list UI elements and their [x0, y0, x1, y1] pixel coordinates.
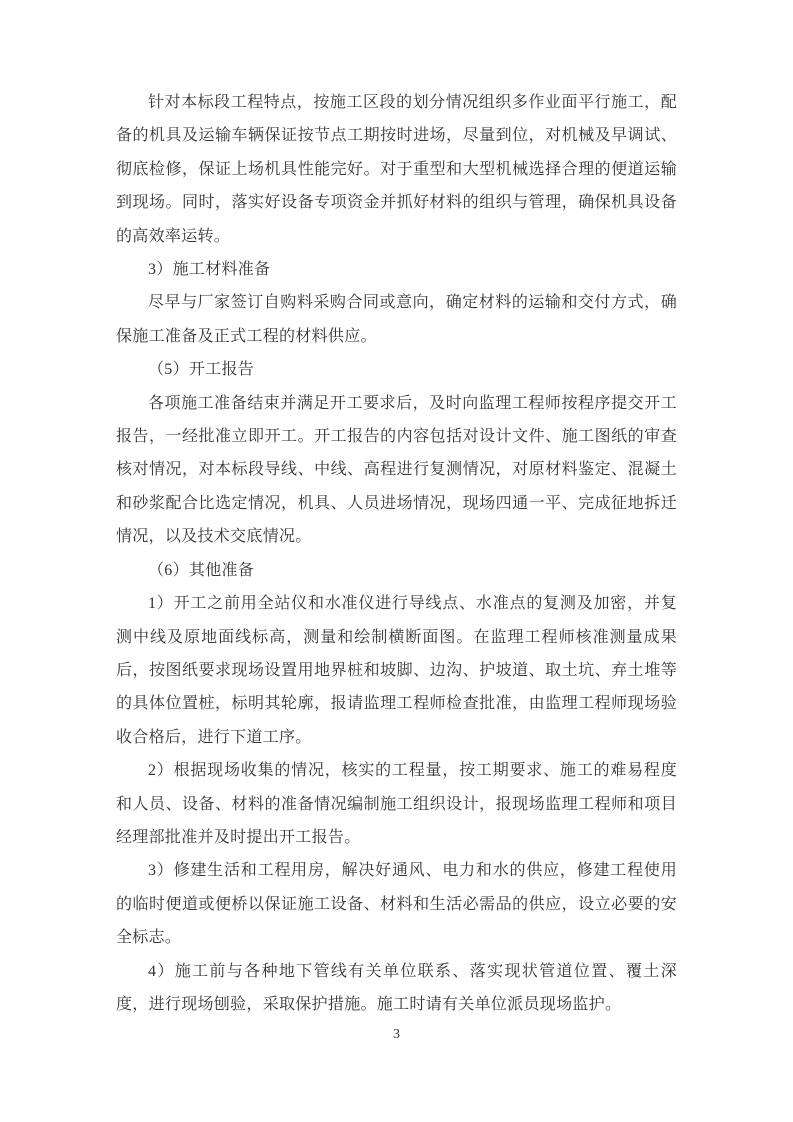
- body-paragraph: 3）修建生活和工程用房，解决好通风、电力和水的供应，修建工程使用的临时便道或便桥…: [116, 854, 677, 954]
- body-paragraph: 针对本标段工程特点，按施工区段的划分情况组织多作业面平行施工，配备的机具及运输车…: [116, 86, 677, 253]
- body-paragraph: 1）开工之前用全站仪和水准仪进行导线点、水准点的复测及加密，并复测中线及原地面线…: [116, 587, 677, 754]
- body-paragraph: 各项施工准备结束并满足开工要求后，及时向监理工程师按程序提交开工报告，一经批准立…: [116, 387, 677, 554]
- document-page: 针对本标段工程特点，按施工区段的划分情况组织多作业面平行施工，配备的机具及运输车…: [0, 0, 793, 1122]
- page-number: 3: [0, 1024, 793, 1046]
- list-heading-construction-material-preparation: 3）施工材料准备: [116, 253, 677, 286]
- body-paragraph: 尽早与厂家签订自购料采购合同或意向，确定材料的运输和交付方式，确保施工准备及正式…: [116, 286, 677, 353]
- body-paragraph: 4）施工前与各种地下管线有关单位联系、落实现状管道位置、覆土深度，进行现场刨验，…: [116, 955, 677, 1022]
- section-heading-other-preparation: （6）其他准备: [116, 554, 677, 587]
- section-heading-commencement-report: （5）开工报告: [116, 353, 677, 386]
- body-paragraph: 2）根据现场收集的情况，核实的工程量，按工期要求、施工的难易程度和人员、设备、材…: [116, 754, 677, 854]
